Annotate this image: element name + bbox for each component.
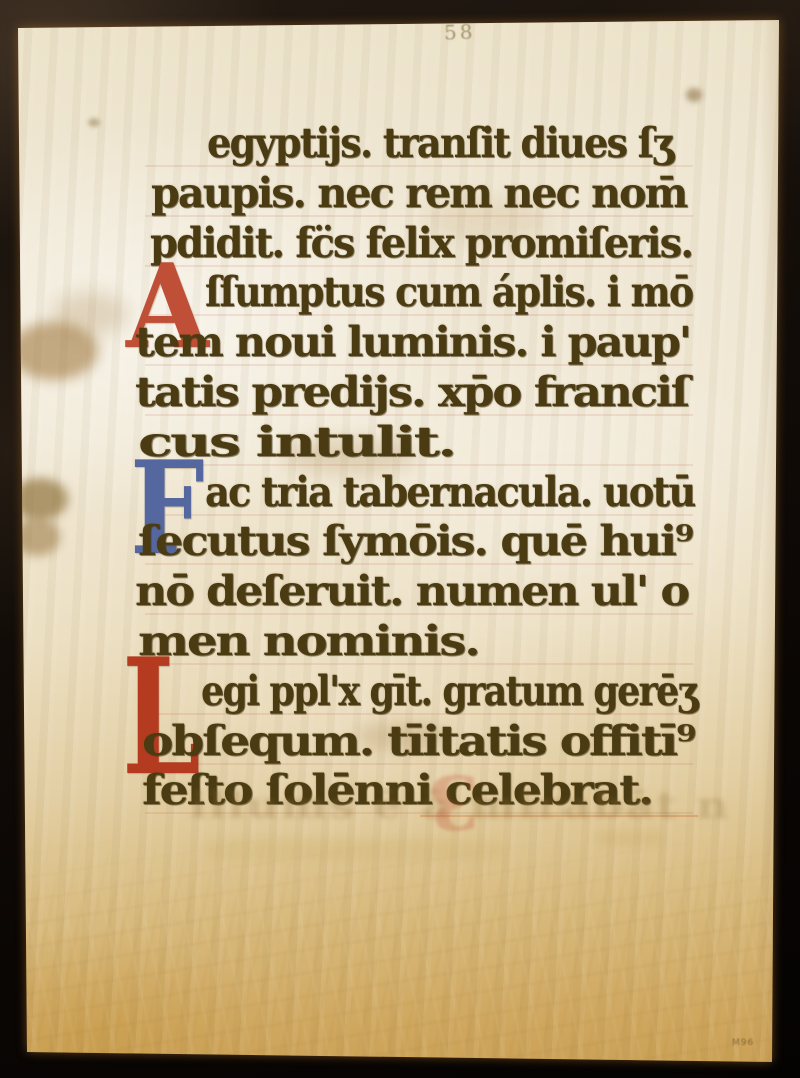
- stain: [12, 478, 68, 520]
- text-line: ac tria tabernacula. uotū: [205, 469, 694, 515]
- text-line: paupis. nec rem nec nom̄: [151, 170, 686, 216]
- folio-number: 58: [444, 19, 476, 44]
- text-line: ſſumptus cum áplis. i mō: [205, 269, 692, 315]
- text-line: tatis predijs. xp̄o franciſ: [135, 369, 688, 415]
- stain: [88, 118, 100, 127]
- text-line: pdidit. fc̈s felix promiſeris.: [150, 220, 692, 266]
- text-line: obſequm. tīitatis offitī⁹: [142, 718, 694, 764]
- corner-inscription: M96: [732, 1038, 754, 1048]
- photo-background: 58 egyptijs. tranſit diues ſʒpaupis. nec…: [0, 0, 800, 1078]
- vellum-leaf: 58 egyptijs. tranſit diues ſʒpaupis. nec…: [0, 0, 800, 1078]
- page-wrapper: 58 egyptijs. tranſit diues ſʒpaupis. nec…: [0, 0, 800, 1078]
- text-line: tem noui luminis. i paup': [135, 319, 690, 365]
- text-line: nō deſeruit. numen ul' o: [135, 568, 688, 614]
- stain: [52, 292, 128, 336]
- text-line: ſecutus ſymōis. quē hui⁹: [138, 518, 692, 564]
- stain: [14, 518, 60, 556]
- text-line: egi ppl'x gīt. gratum gerēʒ: [201, 668, 696, 714]
- wrinkle-texture: [20, 831, 776, 1066]
- stain: [686, 88, 702, 102]
- text-line: egyptijs. tranſit diues ſʒ: [207, 120, 672, 166]
